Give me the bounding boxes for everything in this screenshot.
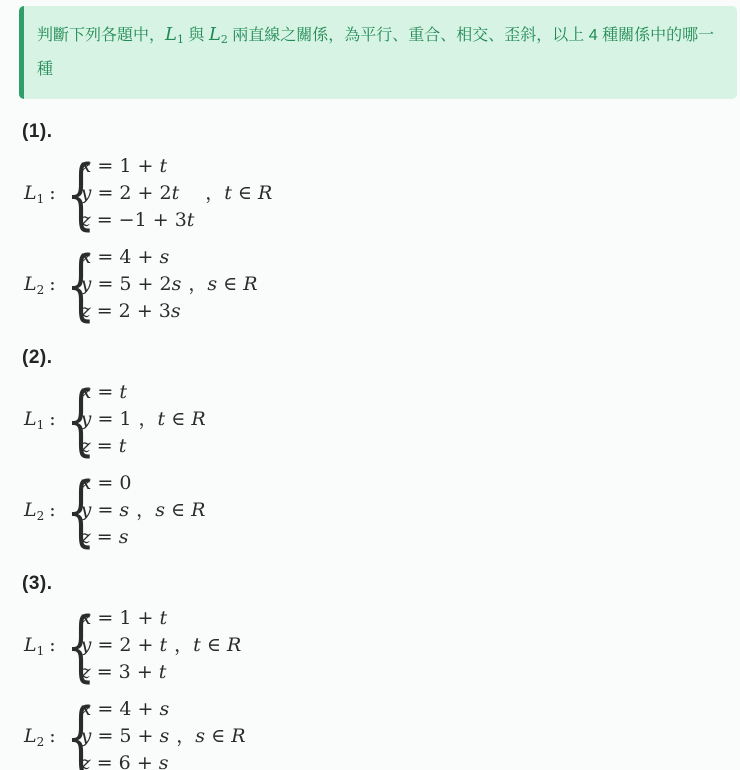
question-text-part1: 判斷下列各題中， (37, 27, 165, 44)
question-text-part2: 與 (184, 27, 209, 44)
parameter-domain: ，t ∈ R (205, 182, 272, 204)
label-base: L (24, 273, 37, 295)
label-base: L (24, 725, 37, 747)
l2-subscript: 2 (221, 33, 228, 46)
problem-1-line-l2: L2: { x = 4 + s y = 5 + 2s，s ∈ R z = 2 +… (22, 244, 737, 325)
label-colon: : (49, 634, 55, 656)
l1-base: L (165, 24, 177, 45)
problem-3-number: (3). (22, 573, 737, 595)
label-sub: 1 (37, 644, 45, 658)
label-colon: : (49, 725, 55, 747)
equations: x = t y = 1，t ∈ R z = t (81, 379, 206, 460)
problems-list: (1). L1: { x = 1 + t y = 2 + 2t，t ∈ R z … (22, 121, 737, 770)
parameter-domain: ，s ∈ R (188, 273, 257, 295)
problem-1-number: (1). (22, 121, 737, 143)
problem-2: (2). L1: { x = t y = 1，t ∈ R z = t L2: {… (22, 347, 737, 551)
label-colon: : (49, 499, 55, 521)
label-base: L (24, 182, 37, 204)
line-label-l1: L1: (24, 634, 56, 658)
problem-3: (3). L1: { x = 1 + t y = 2 + t，t ∈ R z =… (22, 573, 737, 770)
equations: x = 0 y = s，s ∈ R z = s (81, 470, 206, 551)
line-label-l2: L2: (24, 273, 56, 297)
parameter-domain: ，t ∈ R (139, 408, 206, 430)
question-callout: 判斷下列各題中，L1 與 L2 兩直線之關係，為平行、重合、相交、歪斜，以上 4… (19, 6, 737, 99)
problem-2-line-l1: L1: { x = t y = 1，t ∈ R z = t (22, 379, 737, 460)
label-base: L (24, 634, 37, 656)
l1-subscript: 1 (177, 33, 184, 46)
left-brace-icon: { (66, 379, 77, 460)
equation-y: y = 5 + 2s (81, 273, 182, 295)
equations: x = 4 + s y = 5 + 2s，s ∈ R z = 2 + 3s (81, 244, 258, 325)
label-base: L (24, 408, 37, 430)
left-brace-icon: { (66, 470, 77, 551)
label-colon: : (49, 408, 55, 430)
equation-z: z = −1 + 3t (81, 209, 195, 231)
problem-1: (1). L1: { x = 1 + t y = 2 + 2t，t ∈ R z … (22, 121, 737, 325)
left-brace-icon: { (66, 244, 77, 325)
problem-3-line-l1: L1: { x = 1 + t y = 2 + t，t ∈ R z = 3 + … (22, 605, 737, 686)
line-label-l2: L2: (24, 725, 56, 749)
parameter-domain: ，s ∈ R (176, 725, 245, 747)
problem-3-line-l2: L2: { x = 4 + s y = 5 + s，s ∈ R z = 6 + … (22, 696, 737, 770)
problem-1-line-l1: L1: { x = 1 + t y = 2 + 2t，t ∈ R z = −1 … (22, 153, 737, 234)
equations: x = 1 + t y = 2 + t，t ∈ R z = 3 + t (81, 605, 242, 686)
equation-y: y = 2 + 2t (81, 182, 180, 204)
label-sub: 1 (37, 418, 45, 432)
problem-2-number: (2). (22, 347, 737, 369)
equations: x = 4 + s y = 5 + s，s ∈ R z = 6 + s (81, 696, 246, 770)
inline-math-l1: L1 (165, 24, 184, 45)
parameter-domain: ，t ∈ R (174, 634, 241, 656)
label-colon: : (49, 182, 55, 204)
line-label-l1: L1: (24, 408, 56, 432)
parameter-domain: ，s ∈ R (136, 499, 205, 521)
line-label-l1: L1: (24, 182, 56, 206)
inline-math-l2: L2 (209, 24, 228, 45)
label-sub: 2 (37, 283, 45, 297)
problem-2-line-l2: L2: { x = 0 y = s，s ∈ R z = s (22, 470, 737, 551)
left-brace-icon: { (66, 153, 77, 234)
line-label-l2: L2: (24, 499, 56, 523)
label-base: L (24, 499, 37, 521)
left-brace-icon: { (66, 696, 77, 770)
label-sub: 2 (37, 509, 45, 523)
label-sub: 2 (37, 735, 45, 749)
l2-base: L (209, 24, 221, 45)
worksheet-page: 判斷下列各題中，L1 與 L2 兩直線之關係，為平行、重合、相交、歪斜，以上 4… (0, 0, 740, 770)
label-colon: : (49, 273, 55, 295)
equation-z: z = 2 + 3s (81, 300, 181, 322)
label-sub: 1 (37, 192, 45, 206)
left-brace-icon: { (66, 605, 77, 686)
equations: x = 1 + t y = 2 + 2t，t ∈ R z = −1 + 3t (81, 153, 273, 234)
